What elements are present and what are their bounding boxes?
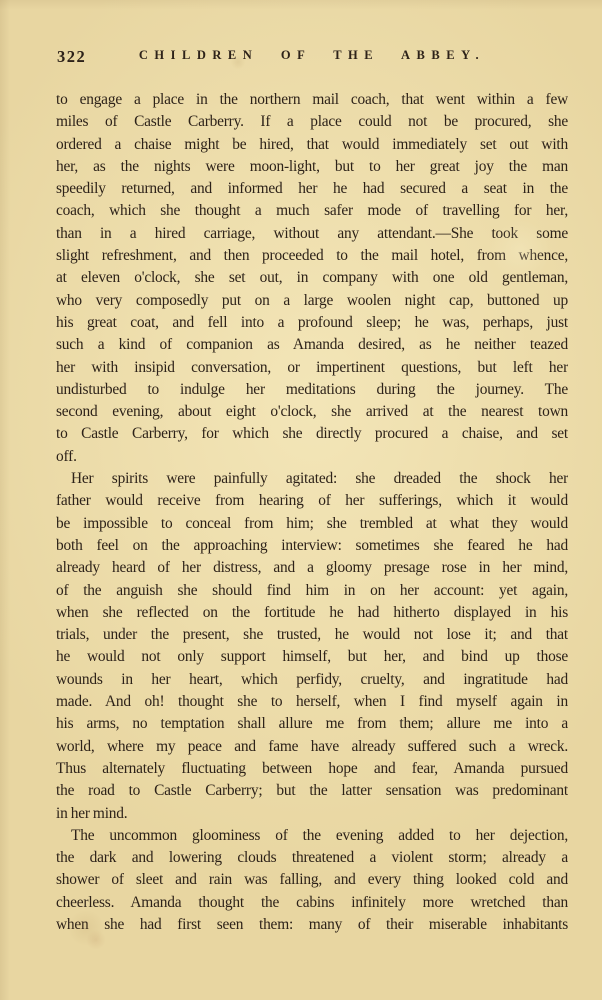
text-line: coach, which she thought a much safer mo… [56,200,568,222]
text-line: the dark and lowering clouds threatened … [56,847,568,869]
text-line: second evening, about eight o'clock, she… [56,401,568,423]
text-line: both feel on the approaching interview: … [56,535,568,557]
text-line: Her spirits were painfully agitated: she… [56,468,568,490]
text-line: when she had first seen them: many of th… [56,914,568,936]
paragraph: The uncommon gloominess of the evening a… [56,825,568,936]
text-line: Thus alternately fluctuating between hop… [56,758,568,780]
text-line: his arms, no temptation shall allure me … [56,713,568,735]
text-line: to Castle Carberry, for which she direct… [56,423,568,445]
text-line: such a kind of companion as Amanda desir… [56,334,568,356]
text-line: in her mind. [56,803,568,825]
text-line: at eleven o'clock, she set out, in compa… [56,267,568,289]
paragraph: Her spirits were painfully agitated: she… [56,468,568,825]
text-line: cheerless. Amanda thought the cabins inf… [56,892,568,914]
running-title: CHILDREN OF THE ABBEY. [56,46,568,63]
text-line: he would not only support himself, but h… [56,646,568,668]
text-line: off. [56,446,568,468]
text-line: The uncommon gloominess of the evening a… [56,825,568,847]
text-line: who very composedly put on a large woole… [56,290,568,312]
text-line: ordered a chaise might be hired, that wo… [56,134,568,156]
text-line: miles of Castle Carberry. If a place cou… [56,111,568,133]
text-line: than in a hired carriage, without any at… [56,223,568,245]
text-line: of the anguish she should find him in on… [56,580,568,602]
text-line: wounds in her heart, which perfidy, crue… [56,669,568,691]
text-line: slight refreshment, and then proceeded t… [56,245,568,267]
page-number: 322 [57,47,86,67]
text-line: made. And oh! thought she to herself, wh… [56,691,568,713]
text-line: trials, under the present, she trusted, … [56,624,568,646]
page-header: 322 CHILDREN OF THE ABBEY. [56,46,568,66]
paragraph: to engage a place in the northern mail c… [56,89,568,468]
text-line: father would receive from hearing of her… [56,490,568,512]
text-line: her with insipid conversation, or impert… [56,357,568,379]
page-body: to engage a place in the northern mail c… [56,89,568,936]
text-line: to engage a place in the northern mail c… [56,89,568,111]
text-line: already heard of her distress, and a glo… [56,557,568,579]
text-line: be impossible to conceal from him; she t… [56,513,568,535]
text-line: the road to Castle Carberry; but the lat… [56,780,568,802]
text-line: his great coat, and fell into a profound… [56,312,568,334]
text-line: undisturbed to indulge her meditations d… [56,379,568,401]
text-line: when she reflected on the fortitude he h… [56,602,568,624]
text-line: shower of sleet and rain was falling, an… [56,869,568,891]
text-line: world, where my peace and fame have alre… [56,736,568,758]
text-line: speedily returned, and informed her he h… [56,178,568,200]
page-content: 322 CHILDREN OF THE ABBEY. to engage a p… [56,46,568,936]
book-page-scan: 322 CHILDREN OF THE ABBEY. to engage a p… [0,0,602,1000]
text-line: her, as the nights were moon-light, but … [56,156,568,178]
